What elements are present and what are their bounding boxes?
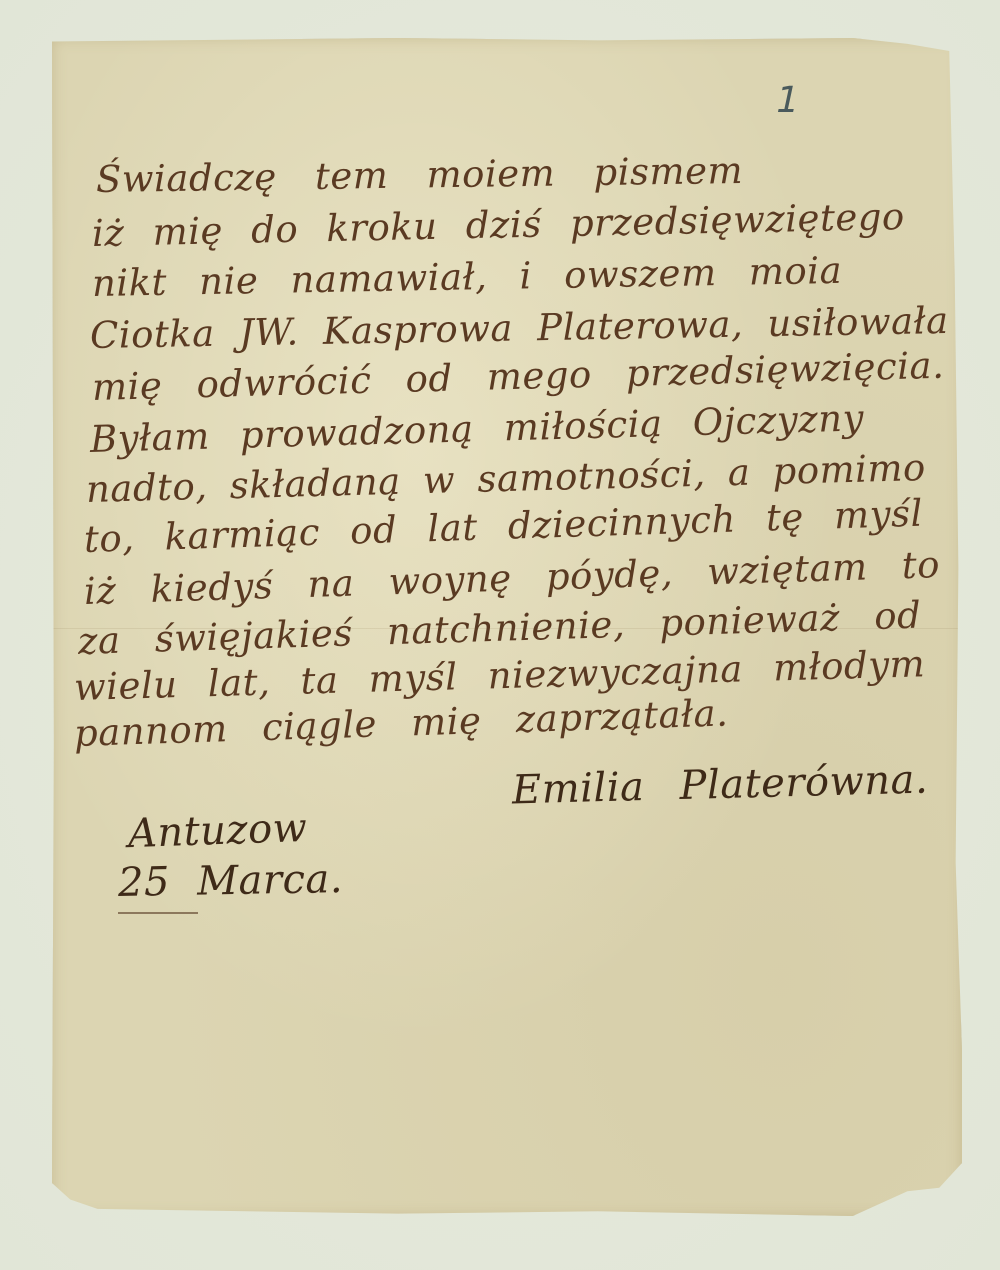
date-underline <box>118 912 198 914</box>
place-name: Antuzow <box>127 805 308 857</box>
letter-line-1: Świadczę tem moiem pismem <box>96 149 744 201</box>
letter-date: 25 Marca. <box>118 856 344 906</box>
